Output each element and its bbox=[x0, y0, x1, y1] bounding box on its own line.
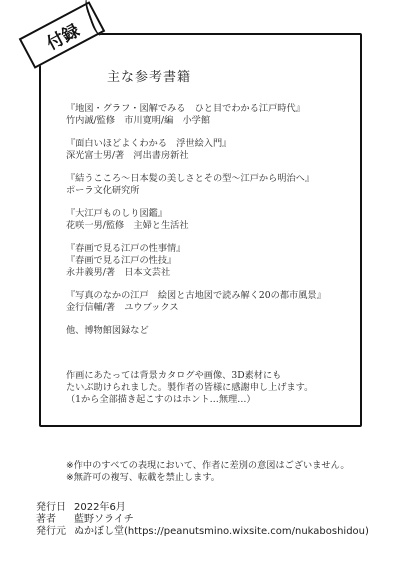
acknowledgement: 作画にあたっては背景カタログや画像、3D素材にも たいぶ助けられました。製作者の… bbox=[66, 370, 313, 406]
colophon-label: 発行元 bbox=[36, 526, 74, 538]
reference-item: 『春画で見る江戸の性事情』 『春画で見る江戸の性技』 永井義男/著 日本文芸社 bbox=[66, 243, 366, 278]
reference-credit: 花咲一男/監修 主婦と生活社 bbox=[66, 220, 366, 232]
colophon-value: ぬかぼし堂(https://peanutsmino.wixsite.com/nu… bbox=[74, 526, 369, 537]
reference-list: 『地図・グラフ・図解でみる ひと目でわかる江戸時代』 竹内誠/監修 市川寛明/編… bbox=[66, 103, 366, 337]
colophon-label: 発行日 bbox=[36, 502, 74, 514]
reference-title: 『面白いほどよくわかる 浮世絵入門』 bbox=[66, 138, 366, 150]
reference-credit: 永井義男/著 日本文芸社 bbox=[66, 267, 366, 279]
acknowledgement-line: （1から全部描き起こすのはホント…無理…） bbox=[66, 394, 313, 406]
disclaimer-line: ※作中のすべての表現において、作者に差別の意図はございません。 bbox=[66, 460, 350, 472]
colophon-value: 藍野ソライチ bbox=[74, 514, 134, 525]
reference-item: 『写真のなかの江戸 絵図と古地図で読み解く20の都市風景』 金行信輔/著 ユウブ… bbox=[66, 290, 366, 314]
reference-title: 『春画で見る江戸の性技』 bbox=[66, 255, 366, 267]
reference-title: 『大江戸ものしり図鑑』 bbox=[66, 208, 366, 220]
disclaimer-line: ※無許可の複写、転載を禁止します。 bbox=[66, 472, 350, 484]
page-title: 主な参考書籍 bbox=[107, 66, 191, 85]
reference-credit: 竹内誠/監修 市川寛明/編 小学館 bbox=[66, 115, 366, 127]
colophon-date: 発行日2022年6月 bbox=[36, 502, 369, 514]
reference-credit: 金行信輔/著 ユウブックス bbox=[66, 302, 366, 314]
reference-title: 『地図・グラフ・図解でみる ひと目でわかる江戸時代』 bbox=[66, 103, 366, 115]
colophon-author: 著者藍野ソライチ bbox=[36, 514, 369, 526]
reference-item: 『結うこころ～日本髪の美しさとその型～江戸から明治へ』 ポーラ文化研究所 bbox=[66, 173, 366, 197]
reference-item: 『面白いほどよくわかる 浮世絵入門』 深光富士男/著 河出書房新社 bbox=[66, 138, 366, 162]
reference-title: 『春画で見る江戸の性事情』 bbox=[66, 243, 366, 255]
acknowledgement-line: たいぶ助けられました。製作者の皆様に感謝申し上げます。 bbox=[66, 382, 313, 394]
reference-credit: ポーラ文化研究所 bbox=[66, 185, 366, 197]
colophon-publisher: 発行元ぬかぼし堂(https://peanutsmino.wixsite.com… bbox=[36, 526, 369, 538]
colophon: 発行日2022年6月 著者藍野ソライチ 発行元ぬかぼし堂(https://pea… bbox=[36, 502, 369, 538]
reference-item: 『大江戸ものしり図鑑』 花咲一男/監修 主婦と生活社 bbox=[66, 208, 366, 232]
reference-credit: 深光富士男/著 河出書房新社 bbox=[66, 150, 366, 162]
reference-item: 『地図・グラフ・図解でみる ひと目でわかる江戸時代』 竹内誠/監修 市川寛明/編… bbox=[66, 103, 366, 127]
acknowledgement-line: 作画にあたっては背景カタログや画像、3D素材にも bbox=[66, 370, 313, 382]
disclaimer-notes: ※作中のすべての表現において、作者に差別の意図はございません。 ※無許可の複写、… bbox=[66, 460, 350, 484]
colophon-label: 著者 bbox=[36, 514, 74, 526]
reference-title: 『写真のなかの江戸 絵図と古地図で読み解く20の都市風景』 bbox=[66, 290, 366, 302]
reference-title: 『結うこころ～日本髪の美しさとその型～江戸から明治へ』 bbox=[66, 173, 366, 185]
colophon-value: 2022年6月 bbox=[74, 502, 126, 513]
reference-misc: 他、博物館図録など bbox=[66, 325, 366, 337]
